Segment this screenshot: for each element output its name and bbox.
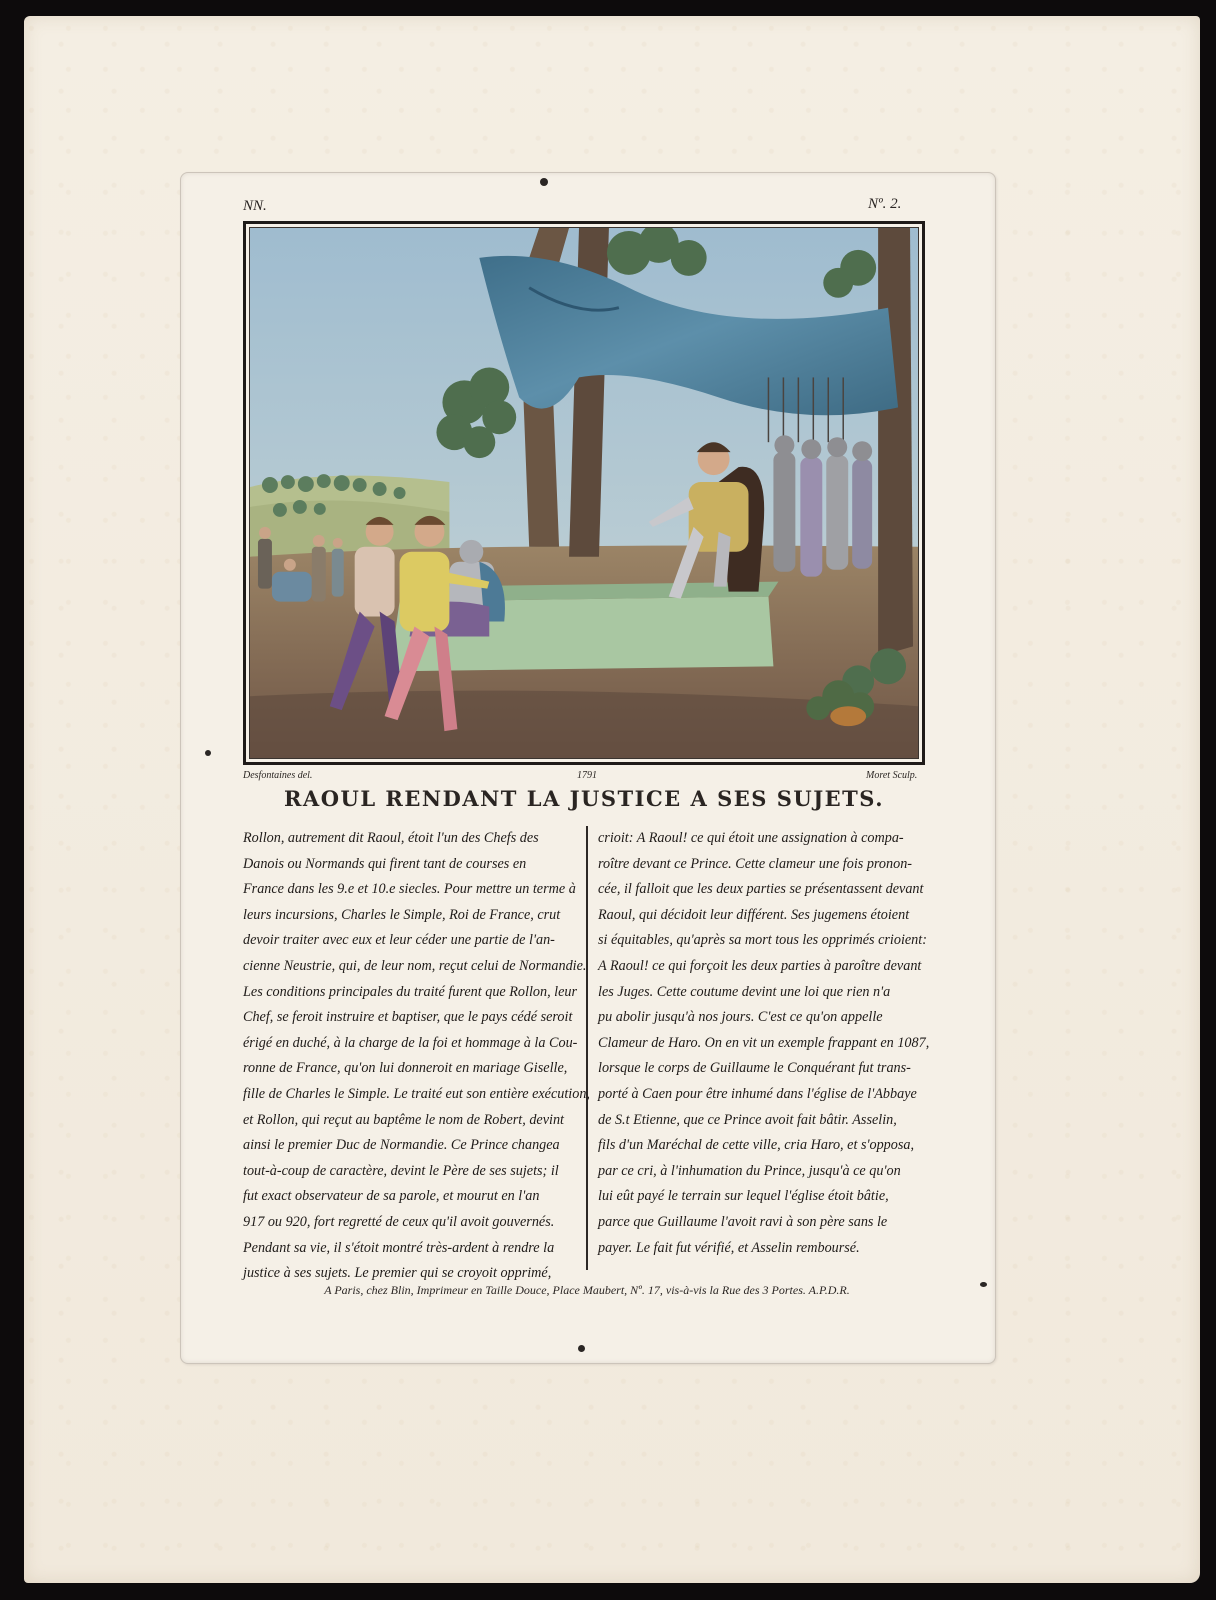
text-line: lui eût payé le terrain sur lequel l'égl… xyxy=(598,1184,938,1210)
text-line: Rollon, autrement dit Raoul, étoit l'un … xyxy=(243,826,578,852)
text-line: leurs incursions, Charles le Simple, Roi… xyxy=(243,903,578,929)
text-line: A Raoul! ce qui forçoit les deux parties… xyxy=(598,954,938,980)
text-line: fils d'un Maréchal de cette ville, cria … xyxy=(598,1133,938,1159)
plate-number: Nº. 2. xyxy=(868,196,901,213)
text-line: si équitables, qu'après sa mort tous les… xyxy=(598,928,938,954)
pin-hole xyxy=(205,750,211,756)
pin-hole xyxy=(578,1345,585,1352)
illustration xyxy=(249,227,919,759)
text-line: Chef, se feroit instruire et baptiser, q… xyxy=(243,1005,578,1031)
artist-credit: Desfontaines del. xyxy=(243,770,312,781)
text-line: crioit: A Raoul! ce qui étoit une assign… xyxy=(598,826,938,852)
text-line: et Rollon, qui reçut au baptême le nom d… xyxy=(243,1108,578,1134)
text-line: payer. Le fait fut vérifié, et Asselin r… xyxy=(598,1236,938,1262)
text-column-right: crioit: A Raoul! ce qui étoit une assign… xyxy=(598,826,938,1261)
text-line: fut exact observateur de sa parole, et m… xyxy=(243,1184,578,1210)
text-column-left: Rollon, autrement dit Raoul, étoit l'un … xyxy=(243,826,578,1287)
date-credit: 1791 xyxy=(577,770,597,781)
text-line: roître devant ce Prince. Cette clameur u… xyxy=(598,852,938,878)
plate-label-left: NN. xyxy=(243,198,267,215)
pin-hole xyxy=(540,178,548,186)
text-line: 917 ou 920, fort regretté de ceux qu'il … xyxy=(243,1210,578,1236)
text-line: cienne Neustrie, qui, de leur nom, reçut… xyxy=(243,954,578,980)
engraver-credit: Moret Sculp. xyxy=(866,770,917,781)
text-line: Clameur de Haro. On en vit un exemple fr… xyxy=(598,1031,938,1057)
text-line: pu abolir jusqu'à nos jours. C'est ce qu… xyxy=(598,1005,938,1031)
column-divider xyxy=(586,826,588,1270)
text-line: cée, il falloit que les deux parties se … xyxy=(598,877,938,903)
text-line: érigé en duché, à la charge de la foi et… xyxy=(243,1031,578,1057)
illustration-frame xyxy=(243,221,925,765)
text-line: de S.t Etienne, que ce Prince avoit fait… xyxy=(598,1108,938,1134)
text-line: Les conditions principales du traité fur… xyxy=(243,980,578,1006)
publisher-imprint: A Paris, chez Blin, Imprimeur en Taille … xyxy=(180,1283,994,1298)
text-line: par ce cri, à l'inhumation du Prince, ju… xyxy=(598,1159,938,1185)
text-line: lorsque le corps de Guillaume le Conquér… xyxy=(598,1056,938,1082)
text-line: Pendant sa vie, il s'étoit montré très-a… xyxy=(243,1236,578,1262)
text-line: France dans les 9.e et 10.e siecles. Pou… xyxy=(243,877,578,903)
text-line: parce que Guillaume l'avoit ravi à son p… xyxy=(598,1210,938,1236)
text-line: ronne de France, qu'on lui donneroit en … xyxy=(243,1056,578,1082)
plate-title: RAOUL RENDANT LA JUSTICE A SES SUJETS. xyxy=(243,786,925,811)
text-line: fille de Charles le Simple. Le traité eu… xyxy=(243,1082,578,1108)
text-line: devoir traiter avec eux et leur céder un… xyxy=(243,928,578,954)
text-line: les Juges. Cette coutume devint une loi … xyxy=(598,980,938,1006)
text-line: porté à Caen pour être inhumé dans l'égl… xyxy=(598,1082,938,1108)
text-line: tout-à-coup de caractère, devint le Père… xyxy=(243,1159,578,1185)
text-line: Raoul, qui décidoit leur différent. Ses … xyxy=(598,903,938,929)
text-line: ainsi le premier Duc de Normandie. Ce Pr… xyxy=(243,1133,578,1159)
engraving-scene-image xyxy=(250,228,918,758)
text-line: Danois ou Normands qui firent tant de co… xyxy=(243,852,578,878)
